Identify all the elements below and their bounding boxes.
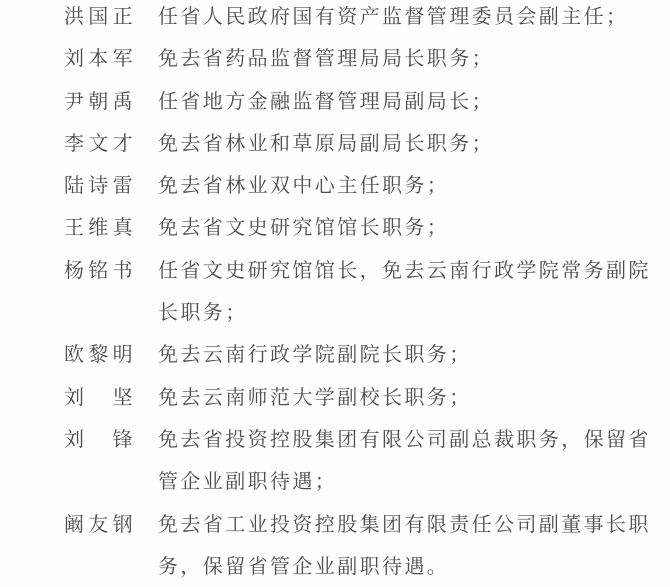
appointment-text-line: 免去省投资控股集团有限公司副总裁职务，保留省 [158, 419, 658, 461]
appointment-text-line: 管企业副职待遇； [158, 461, 658, 503]
appointment-text-line: 免去省药品监督管理局局长职务； [158, 38, 658, 80]
person-name: 刘本军 [64, 38, 135, 80]
appointment-text: 免去省工业投资控股集团有限责任公司副董事长职务，保留省管企业副职待遇。 [158, 504, 658, 587]
person-name: 李文才 [64, 123, 135, 165]
appointment-row: 王维真 免去省文史研究馆馆长职务； [64, 207, 662, 249]
appointment-row: 李文才 免去省林业和草原局副局长职务； [64, 123, 662, 165]
appointment-text: 任省人民政府国有资产监督管理委员会副主任； [158, 0, 658, 38]
person-name: 王维真 [64, 207, 135, 249]
appointment-text: 任省地方金融监督管理局副局长； [158, 81, 658, 123]
person-name: 洪国正 [64, 0, 135, 38]
appointment-text: 免去云南行政学院副院长职务； [158, 334, 658, 376]
appointment-row: 洪国正 任省人民政府国有资产监督管理委员会副主任； [64, 0, 662, 38]
appointment-text-line: 免去省林业和草原局副局长职务； [158, 123, 658, 165]
appointment-text-line: 免去云南师范大学副校长职务； [158, 377, 658, 419]
person-name: 阚友钢 [64, 504, 135, 546]
appointment-text-line: 免去省工业投资控股集团有限责任公司副董事长职 [158, 504, 658, 546]
person-name: 刘锋 [64, 419, 135, 461]
appointment-row: 刘坚 免去云南师范大学副校长职务； [64, 377, 662, 419]
document-page: 洪国正 任省人民政府国有资产监督管理委员会副主任； 刘本军 免去省药品监督管理局… [0, 0, 670, 583]
appointment-text-line: 任省地方金融监督管理局副局长； [158, 81, 658, 123]
appointment-text: 免去省投资控股集团有限公司副总裁职务，保留省管企业副职待遇； [158, 419, 658, 504]
appointment-list: 洪国正 任省人民政府国有资产监督管理委员会副主任； 刘本军 免去省药品监督管理局… [64, 0, 662, 587]
appointment-text-line: 免去省林业双中心主任职务； [158, 165, 658, 207]
appointment-text-line: 任省文史研究馆馆长，免去云南行政学院常务副院 [158, 250, 658, 292]
appointment-row: 欧黎明 免去云南行政学院副院长职务； [64, 334, 662, 376]
appointment-text: 免去省林业和草原局副局长职务； [158, 123, 658, 165]
appointment-text-line: 免去云南行政学院副院长职务； [158, 334, 658, 376]
appointment-text: 任省文史研究馆馆长，免去云南行政学院常务副院长职务； [158, 250, 658, 335]
appointment-row: 杨铭书 任省文史研究馆馆长，免去云南行政学院常务副院长职务； [64, 250, 662, 335]
appointment-row: 尹朝禹 任省地方金融监督管理局副局长； [64, 81, 662, 123]
appointment-text-line: 任省人民政府国有资产监督管理委员会副主任； [158, 0, 658, 38]
appointment-text: 免去云南师范大学副校长职务； [158, 377, 658, 419]
person-name: 欧黎明 [64, 334, 135, 376]
appointment-text-line: 免去省文史研究馆馆长职务； [158, 207, 658, 249]
appointment-text: 免去省药品监督管理局局长职务； [158, 38, 658, 80]
person-name: 杨铭书 [64, 250, 135, 292]
appointment-text-line: 长职务； [158, 292, 658, 334]
appointment-row: 刘本军 免去省药品监督管理局局长职务； [64, 38, 662, 80]
appointment-row: 刘锋 免去省投资控股集团有限公司副总裁职务，保留省管企业副职待遇； [64, 419, 662, 504]
appointment-row: 陆诗雷 免去省林业双中心主任职务； [64, 165, 662, 207]
appointment-text-line: 务，保留省管企业副职待遇。 [158, 546, 658, 587]
person-name: 陆诗雷 [64, 165, 135, 207]
appointment-text: 免去省文史研究馆馆长职务； [158, 207, 658, 249]
appointment-row: 阚友钢 免去省工业投资控股集团有限责任公司副董事长职务，保留省管企业副职待遇。 [64, 504, 662, 587]
appointment-text: 免去省林业双中心主任职务； [158, 165, 658, 207]
person-name: 刘坚 [64, 377, 135, 419]
person-name: 尹朝禹 [64, 81, 135, 123]
